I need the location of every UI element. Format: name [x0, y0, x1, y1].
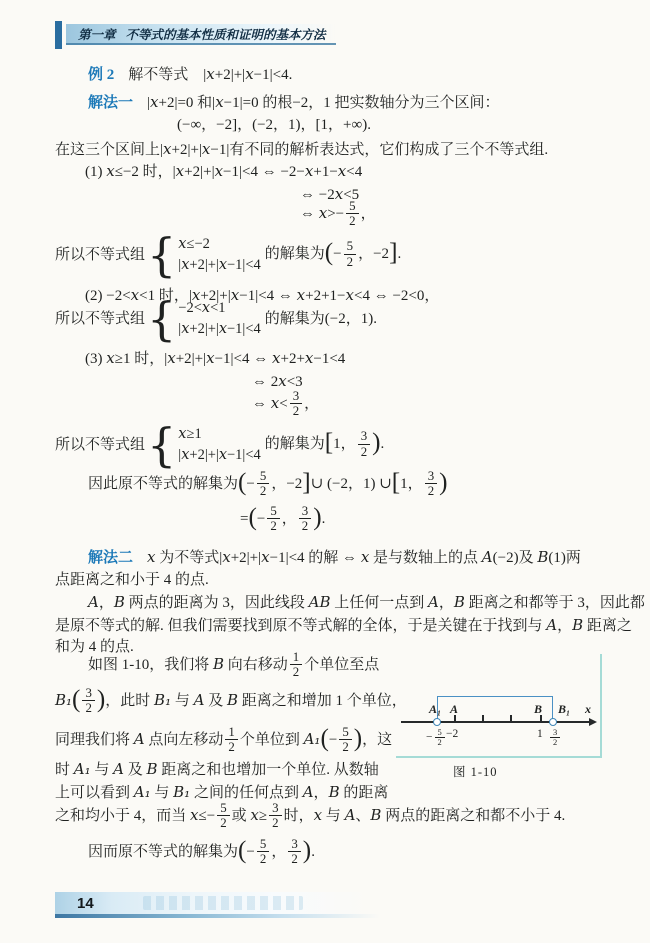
system1-condition2: |x+2|+|x−1|<4 [178, 255, 260, 276]
footer-bar [55, 914, 380, 918]
solution2-intro: x 为不等式|x+2|+|x−1|<4 的解 ⇔ x 是与数轴上的点 A(−2)… [147, 550, 581, 566]
tick-label-a1: −52 [426, 728, 447, 748]
page-number: 14 [55, 895, 94, 912]
system2-condition2: |x+2|+|x−1|<4 [178, 319, 260, 340]
chapter-title: 不等式的基本性质和证明的基本方法 [126, 25, 326, 43]
case3-step3: ⇔ x<32， [252, 390, 319, 419]
case1-step3: ⇔ x>−52， [300, 200, 376, 229]
paragraph-b1-move: B₁(32)，此时 B₁ 与 A 及 B 距离之和增加 1 个单位， [55, 687, 407, 716]
point-label-a1: A₁ [429, 702, 441, 716]
point-label-b: B [534, 702, 542, 716]
solution1-heading: 解法一|x+2|=0 和|x−1|=0 的根−2，1 把实数轴分为三个区间： [88, 91, 500, 114]
tick-label-a: −2 [446, 728, 458, 741]
system3-condition2: |x+2|+|x−1|<4 [178, 445, 260, 466]
solution2-label: 解法二 [88, 550, 133, 566]
case3-line: (3) x≥1 时，|x+2|+|x−1|<4 ⇔ x+2+x−1<4 [85, 347, 345, 370]
chapter-header: 第一章 不等式的基本性质和证明的基本方法 [66, 24, 336, 45]
union-result-line: =(−52，32). [240, 505, 325, 534]
solution2-intro-cont: 点距离之和小于 4 的点. [55, 569, 209, 591]
paragraph-a1-move: 同理我们将 A 点向左移动12个单位到 A₁(−52)，这 [55, 726, 392, 755]
system3-conditions: x≥1 |x+2|+|x−1|<4 [178, 424, 260, 466]
tick-label-b: 1 [537, 728, 543, 741]
system1-prefix: 所以不等式组 [55, 244, 145, 266]
paragraph-conclusion-2: 因而原不等式的解集为(−52，32). [88, 838, 315, 867]
solution1-label: 解法一 [88, 95, 133, 111]
system1-brace: { [147, 233, 176, 277]
open-circle-right [549, 718, 557, 726]
figure-box: A₁ A B B₁ x −52 −2 1 32 [396, 654, 602, 758]
solution1-intro: |x+2|=0 和|x−1|=0 的根−2，1 把实数轴分为三个区间： [147, 95, 500, 111]
solution2-heading: 解法二x 为不等式|x+2|+|x−1|<4 的解 ⇔ x 是与数轴上的点 A(… [88, 546, 581, 569]
system3-conclusion: 的解集为[1，32). [265, 430, 385, 459]
chapter-number: 第一章 [78, 25, 116, 43]
tick-zero [510, 715, 512, 721]
footer-watermark [143, 896, 303, 910]
example-statement: 解不等式 |x+2|+|x−1|<4. [128, 67, 292, 83]
figure-caption: 图 1-10 [453, 762, 498, 780]
chapter-accent-bar [55, 21, 62, 49]
paragraph-fig-intro: 如图 1-10，我们将 B 向右移动12个单位至点 [88, 651, 379, 680]
case1-line: (1) x≤−2 时，|x+2|+|x−1|<4 ⇔ −2−x+1−x<4 [85, 160, 362, 183]
page-container: 第一章 不等式的基本性质和证明的基本方法 例 2解不等式 |x+2|+|x−1|… [0, 0, 650, 943]
system1-conditions: x≤−2 |x+2|+|x−1|<4 [178, 234, 260, 276]
union-line: 因此原不等式的解集为(−52，−2]∪ (−2，1) ∪[1，32) [88, 470, 448, 499]
tick-minus1 [482, 715, 484, 721]
paragraph-ab-1: A，B 两点的距离为 3，因此线段 AB 上任何一点到 A，B 距离之和都等于 … [88, 591, 645, 614]
system1-group: 所以不等式组 { x≤−2 |x+2|+|x−1|<4 的解集为(−52，−2]… [55, 233, 401, 277]
system3-group: 所以不等式组 { x≥1 |x+2|+|x−1|<4 的解集为[1，32). [55, 423, 384, 467]
number-line-axis [401, 721, 592, 723]
system3-prefix: 所以不等式组 [55, 434, 145, 456]
system2-group: 所以不等式组 { −2<x<1 |x+2|+|x−1|<4 的解集为(−2，1)… [55, 297, 377, 341]
example-heading: 例 2解不等式 |x+2|+|x−1|<4. [88, 63, 292, 86]
system2-conclusion: 的解集为(−2，1). [265, 308, 377, 330]
intervals-line: (−∞，−2]，(−2，1)，[1，+∞). [177, 114, 371, 136]
paragraph-a1-cont: 时 A₁ 与 A 及 B 距离之和也增加一个单位. 从数轴 [55, 758, 379, 781]
tick-label-b1: 32 [548, 728, 562, 748]
system1-conclusion: 的解集为(−52，−2]. [265, 240, 401, 269]
paragraph-ab-2: 是原不等式的解. 但我们需要找到原不等式解的全体，于是关键在于找到与 A，B 距… [55, 614, 632, 637]
system2-prefix: 所以不等式组 [55, 308, 145, 330]
paragraph-intervals-desc: 在这三个区间上|x+2|+|x−1|有不同的解析表达式，它们构成了三个不等式组. [55, 138, 548, 161]
axis-label-x: x [585, 702, 591, 716]
system1-condition1: x≤−2 [178, 234, 260, 255]
system2-condition1: −2<x<1 [178, 298, 260, 319]
point-label-b1: B₁ [558, 702, 570, 716]
open-circle-left [433, 718, 441, 726]
system3-condition1: x≥1 [178, 424, 260, 445]
system3-brace: { [147, 423, 176, 467]
footer-strip: 14 [55, 892, 370, 915]
system2-brace: { [147, 297, 176, 341]
example-label: 例 2 [88, 67, 114, 83]
system2-conditions: −2<x<1 |x+2|+|x−1|<4 [178, 298, 260, 340]
point-label-a: A [450, 702, 458, 716]
paragraph-conclusion-1: 之和均小于 4，而当 x≤−52或 x≥32时，x 与 A、B 两点的距离之和都… [55, 802, 565, 831]
axis-arrow-icon [589, 718, 597, 726]
